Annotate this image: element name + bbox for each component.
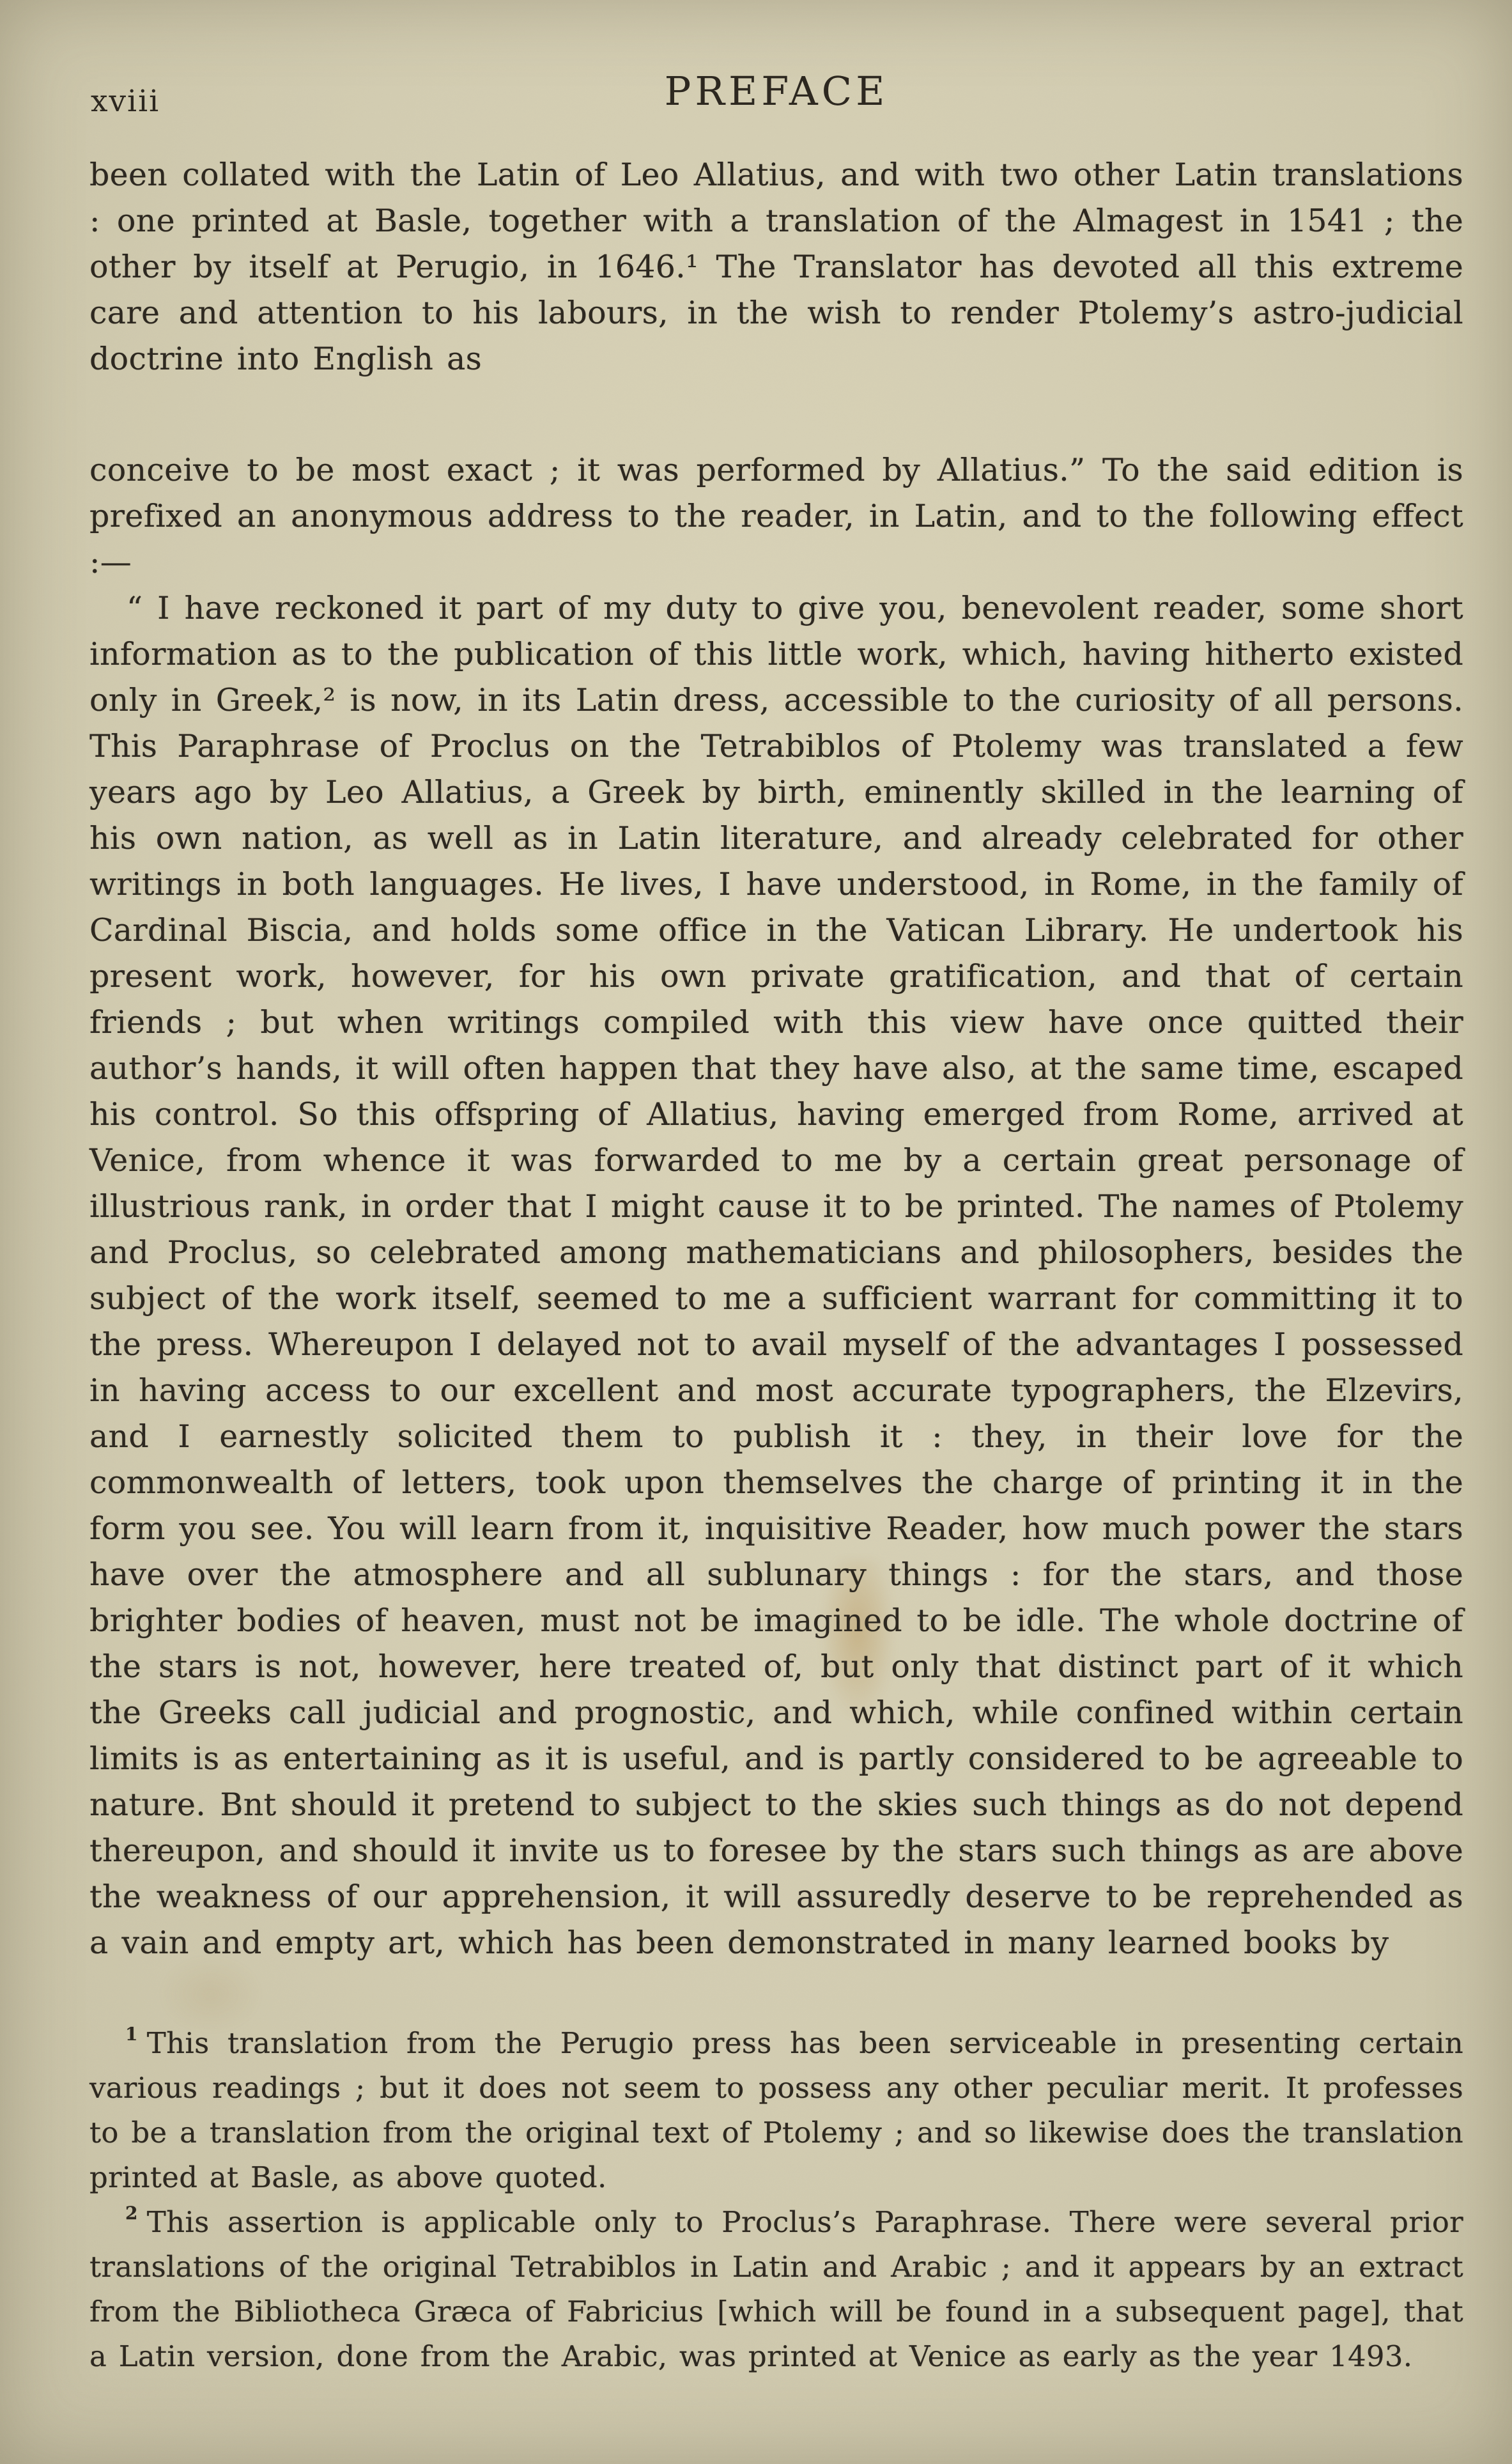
footnotes: 1This translation from the Perugio press… [89,2021,1463,2379]
page-number: xviii [91,86,160,116]
blank-gap [89,382,1463,447]
footnote-2-text: This assertion is applicable only to Pro… [89,2205,1463,2373]
page-title: PREFACE [89,66,1463,116]
body-text: been collated with the Latin of Leo Alla… [89,152,1463,1966]
paragraph-address-to-reader: “ I have reckoned it part of my duty to … [89,585,1463,1966]
footnote-2-marker: 2 [125,2203,138,2224]
footnote-1-text: This translation from the Perugio press … [89,2026,1463,2194]
footnote-2: 2This assertion is applicable only to Pr… [89,2200,1463,2379]
paragraph-quotation-end: conceive to be most exact ; it was perfo… [89,447,1463,585]
page-content: xviii PREFACE been collated with the Lat… [89,66,1463,1966]
paragraph-continuation-from-previous-page: been collated with the Latin of Leo Alla… [89,152,1463,382]
page-header: xviii PREFACE [89,66,1463,116]
book-page: xviii PREFACE been collated with the Lat… [0,0,1512,2464]
footnote-1: 1This translation from the Perugio press… [89,2021,1463,2200]
footnote-1-marker: 1 [125,2024,138,2045]
